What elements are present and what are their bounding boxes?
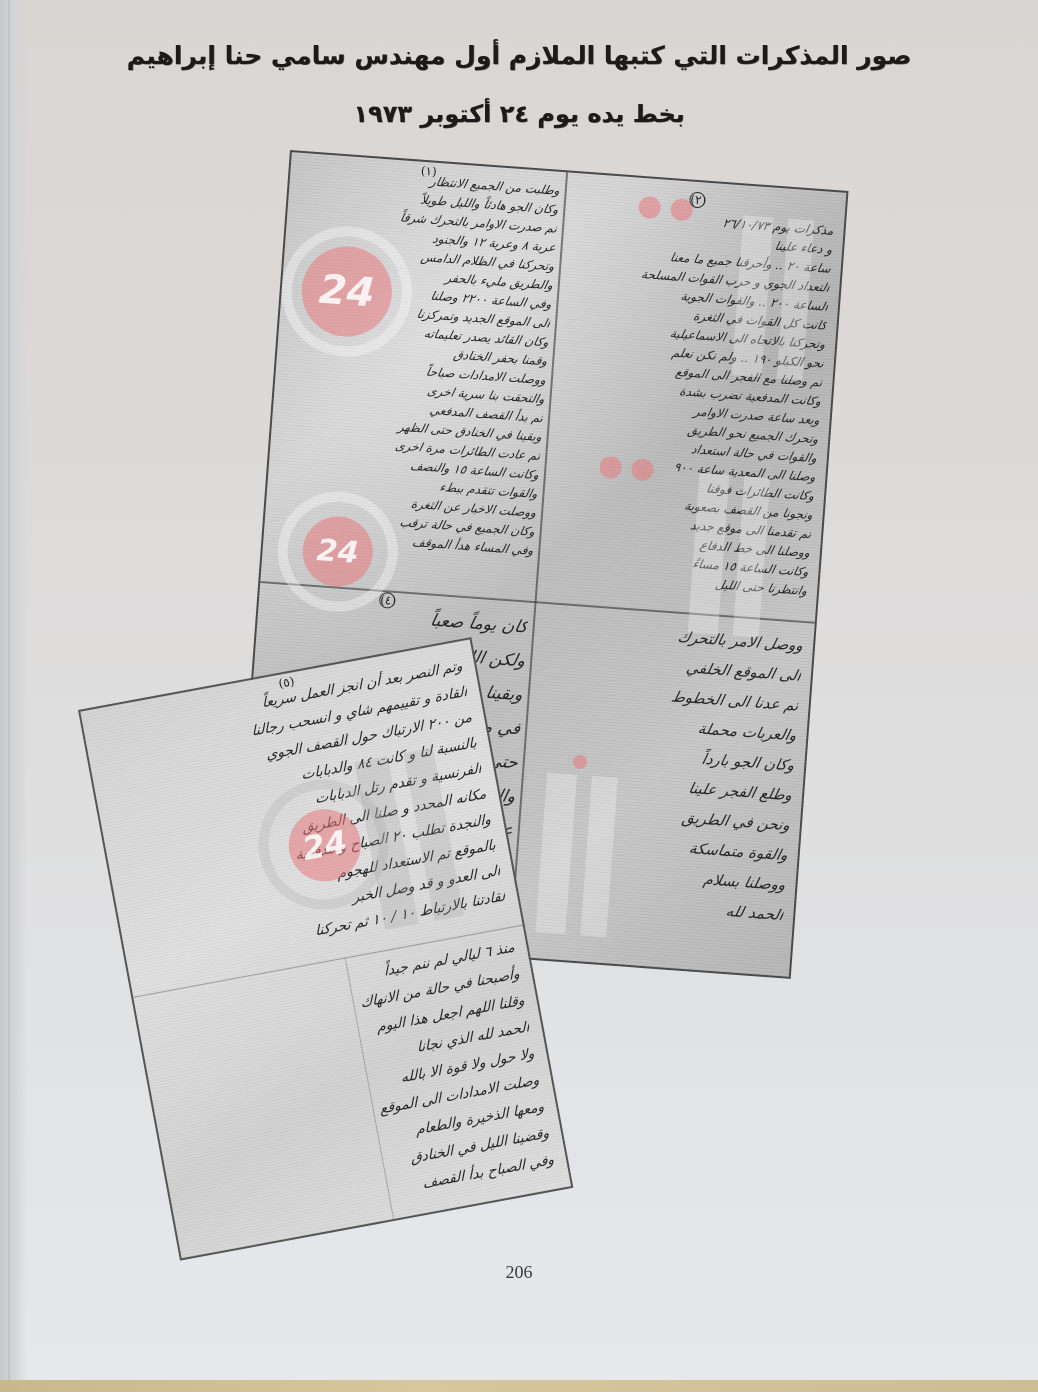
watermark-dot [572,754,587,769]
page-title: صور المذكرات التي كتبها الملازم أول مهند… [0,36,1038,134]
watermark-dots [638,196,693,222]
watermark-label: 24 [299,823,350,868]
watermark-dot [638,196,662,220]
book-binding-shadow [0,0,28,1392]
watermark-dots [599,456,654,482]
watermark-dots [572,754,587,769]
watermark-dot [631,458,655,482]
table-surface-edge [0,1380,1038,1392]
title-line-2: بخط يده يوم ٢٤ أكتوبر ١٩٧٣ [0,94,1038,134]
title-line-1: صور المذكرات التي كتبها الملازم أول مهند… [0,36,1038,76]
page-number: 206 [0,1262,1038,1283]
book-gutter-line [8,0,10,1392]
watermark-dot [599,456,623,480]
watermark-dot [670,198,694,222]
